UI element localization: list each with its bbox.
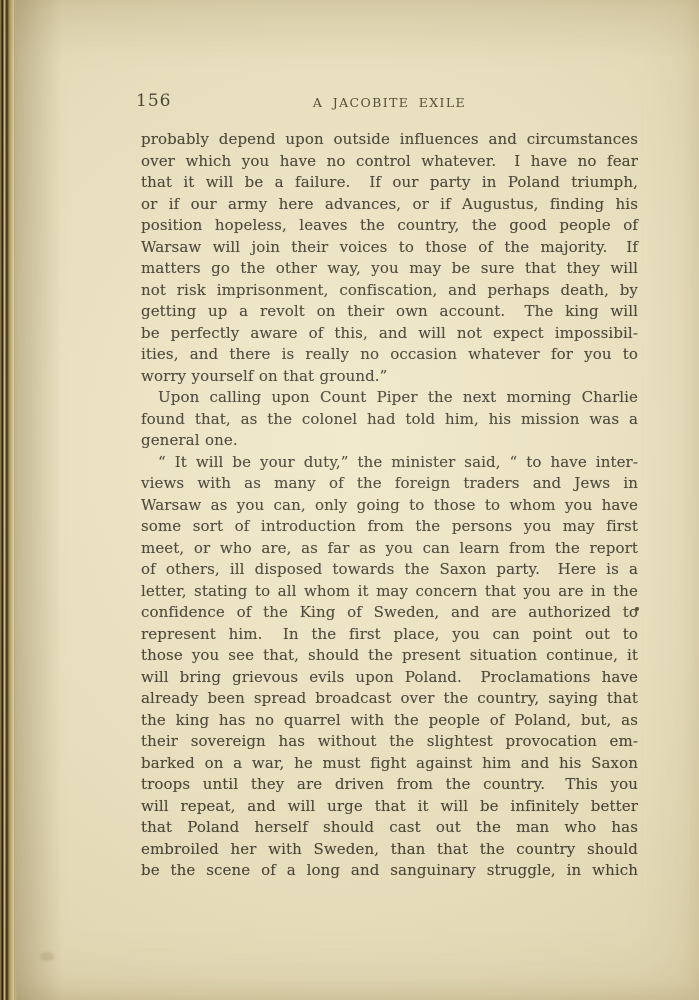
text-line: general one.	[141, 430, 638, 452]
text-line: will bring grievous evils upon Poland. P…	[141, 667, 638, 689]
text-line: worry yourself on that ground.”	[141, 366, 638, 388]
text-line: found that, as the colonel had told him,…	[141, 409, 638, 431]
text-line: “ It will be your duty,” the minister sa…	[141, 452, 638, 474]
text-line: already been spread broadcast over the c…	[141, 688, 638, 710]
book-page-scan: 156 A JACOBITE EXILE probably depend upo…	[0, 0, 699, 1000]
text-line: getting up a revolt on their own account…	[141, 301, 638, 323]
paper-smudge	[40, 952, 54, 961]
text-line: Warsaw as you can, only going to those t…	[141, 495, 638, 517]
text-line: position hopeless, leaves the country, t…	[141, 215, 638, 237]
text-line: or if our army here advances, or if Augu…	[141, 194, 638, 216]
text-block: probably depend upon outside influences …	[141, 129, 638, 882]
text-line: some sort of introduction from the perso…	[141, 516, 638, 538]
text-line: that Poland herself should cast out the …	[141, 817, 638, 839]
text-line: confidence of the King of Sweden, and ar…	[141, 602, 638, 624]
running-title: A JACOBITE EXILE	[141, 95, 638, 110]
text-line: represent him. In the first place, you c…	[141, 624, 638, 646]
gutter-shadow	[14, 0, 62, 1000]
text-line: that it will be a failure. If our party …	[141, 172, 638, 194]
text-line: Upon calling upon Count Piper the next m…	[141, 387, 638, 409]
book-binding-edge	[0, 0, 18, 1000]
text-line: letter, stating to all whom it may conce…	[141, 581, 638, 603]
ink-speck	[635, 607, 639, 611]
page-header: 156 A JACOBITE EXILE	[141, 91, 638, 113]
text-line: be perfectly aware of this, and will not…	[141, 323, 638, 345]
text-line: ities, and there is really no occasion w…	[141, 344, 638, 366]
text-line: will repeat, and will urge that it will …	[141, 796, 638, 818]
text-line: be the scene of a long and sanguinary st…	[141, 860, 638, 882]
text-line: embroiled her with Sweden, than that the…	[141, 839, 638, 861]
text-line: those you see that, should the present s…	[141, 645, 638, 667]
text-line: troops until they are driven from the co…	[141, 774, 638, 796]
text-line: over which you have no control whatever.…	[141, 151, 638, 173]
text-line: matters go the other way, you may be sur…	[141, 258, 638, 280]
text-line: not risk imprisonment, confiscation, and…	[141, 280, 638, 302]
text-line: barked on a war, he must fight against h…	[141, 753, 638, 775]
text-line: their sovereign has without the slightes…	[141, 731, 638, 753]
text-line: of others, ill disposed towards the Saxo…	[141, 559, 638, 581]
text-line: views with as many of the foreign trader…	[141, 473, 638, 495]
text-line: Warsaw will join their voices to those o…	[141, 237, 638, 259]
text-line: meet, or who are, as far as you can lear…	[141, 538, 638, 560]
text-line: the king has no quarrel with the people …	[141, 710, 638, 732]
text-line: probably depend upon outside influences …	[141, 129, 638, 151]
